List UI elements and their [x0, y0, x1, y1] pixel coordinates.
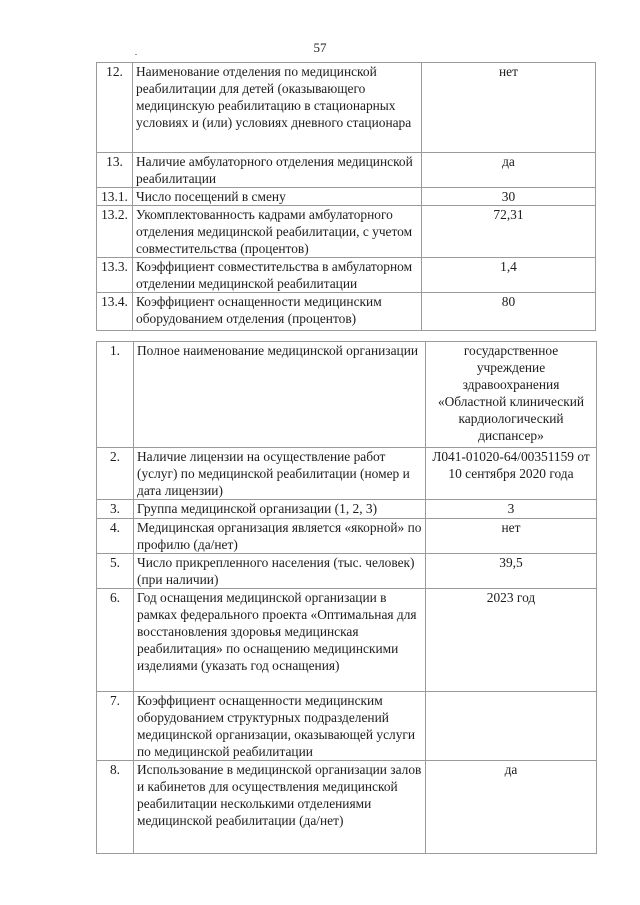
- row-label: Наличие лицензии на осуществление работ …: [134, 448, 426, 500]
- row-value: 72,31: [422, 206, 596, 258]
- row-number: 8.: [97, 761, 134, 854]
- table-row: 3. Группа медицинской организации (1, 2,…: [97, 500, 597, 519]
- row-label: Коэффициент оснащенности медицинским обо…: [133, 293, 422, 331]
- table-row: 12. Наименование отделения по медицинско…: [97, 63, 596, 153]
- row-value: 1,4: [422, 258, 596, 293]
- row-number: 7.: [97, 692, 134, 761]
- row-value: 30: [422, 188, 596, 206]
- row-number: 13.4.: [97, 293, 133, 331]
- row-label: Год оснащения медицинской организации в …: [134, 589, 426, 692]
- row-value: [426, 692, 597, 761]
- row-value: Л041-01020-64/00351159 от 10 сентября 20…: [426, 448, 597, 500]
- row-number: 1.: [97, 342, 134, 448]
- row-label: Коэффициент совместительства в амбулатор…: [133, 258, 422, 293]
- department-info-table: 12. Наименование отделения по медицинско…: [96, 62, 596, 331]
- row-value: 3: [426, 500, 597, 519]
- table-row: 4. Медицинская организация является «яко…: [97, 519, 597, 554]
- table-row: 8. Использование в медицинской организац…: [97, 761, 597, 854]
- row-number: 2.: [97, 448, 134, 500]
- row-number: 3.: [97, 500, 134, 519]
- row-number: 12.: [97, 63, 133, 153]
- row-number: 6.: [97, 589, 134, 692]
- row-value: нет: [422, 63, 596, 153]
- table-row: 5. Число прикрепленного населения (тыс. …: [97, 554, 597, 589]
- row-label: Использование в медицинской организации …: [134, 761, 426, 854]
- row-label: Число прикрепленного населения (тыс. чел…: [134, 554, 426, 589]
- row-label: Наличие амбулаторного отделения медицинс…: [133, 153, 422, 188]
- table-row: 6. Год оснащения медицинской организации…: [97, 589, 597, 692]
- row-value: да: [426, 761, 597, 854]
- row-label: Медицинская организация является «якорно…: [134, 519, 426, 554]
- row-number: 13.1.: [97, 188, 133, 206]
- row-label: Коэффициент оснащенности медицинским обо…: [134, 692, 426, 761]
- row-value: нет: [426, 519, 597, 554]
- table-row: 13.1. Число посещений в смену 30: [97, 188, 596, 206]
- row-value: 2023 год: [426, 589, 597, 692]
- table-row: 1. Полное наименование медицинской орган…: [97, 342, 597, 448]
- row-number: 13.: [97, 153, 133, 188]
- table-row: 13. Наличие амбулаторного отделения меди…: [97, 153, 596, 188]
- row-label: Группа медицинской организации (1, 2, 3): [134, 500, 426, 519]
- row-number: 13.2.: [97, 206, 133, 258]
- organization-info-table: 1. Полное наименование медицинской орган…: [96, 341, 597, 854]
- row-number: 13.3.: [97, 258, 133, 293]
- table-row: 13.2. Укомплектованность кадрами амбулат…: [97, 206, 596, 258]
- table-row: 2. Наличие лицензии на осуществление раб…: [97, 448, 597, 500]
- row-value: да: [422, 153, 596, 188]
- scan-speck: [135, 54, 137, 55]
- row-number: 4.: [97, 519, 134, 554]
- page-number: 57: [0, 40, 640, 56]
- row-label: Наименование отделения по медицинской ре…: [133, 63, 422, 153]
- row-number: 5.: [97, 554, 134, 589]
- row-label: Число посещений в смену: [133, 188, 422, 206]
- row-value: 39,5: [426, 554, 597, 589]
- table-row: 13.4. Коэффициент оснащенности медицинск…: [97, 293, 596, 331]
- row-label: Укомплектованность кадрами амбулаторного…: [133, 206, 422, 258]
- table-row: 13.3. Коэффициент совместительства в амб…: [97, 258, 596, 293]
- table-row: 7. Коэффициент оснащенности медицинским …: [97, 692, 597, 761]
- row-value: государственное учреждение здравоохранен…: [426, 342, 597, 448]
- row-value: 80: [422, 293, 596, 331]
- row-label: Полное наименование медицинской организа…: [134, 342, 426, 448]
